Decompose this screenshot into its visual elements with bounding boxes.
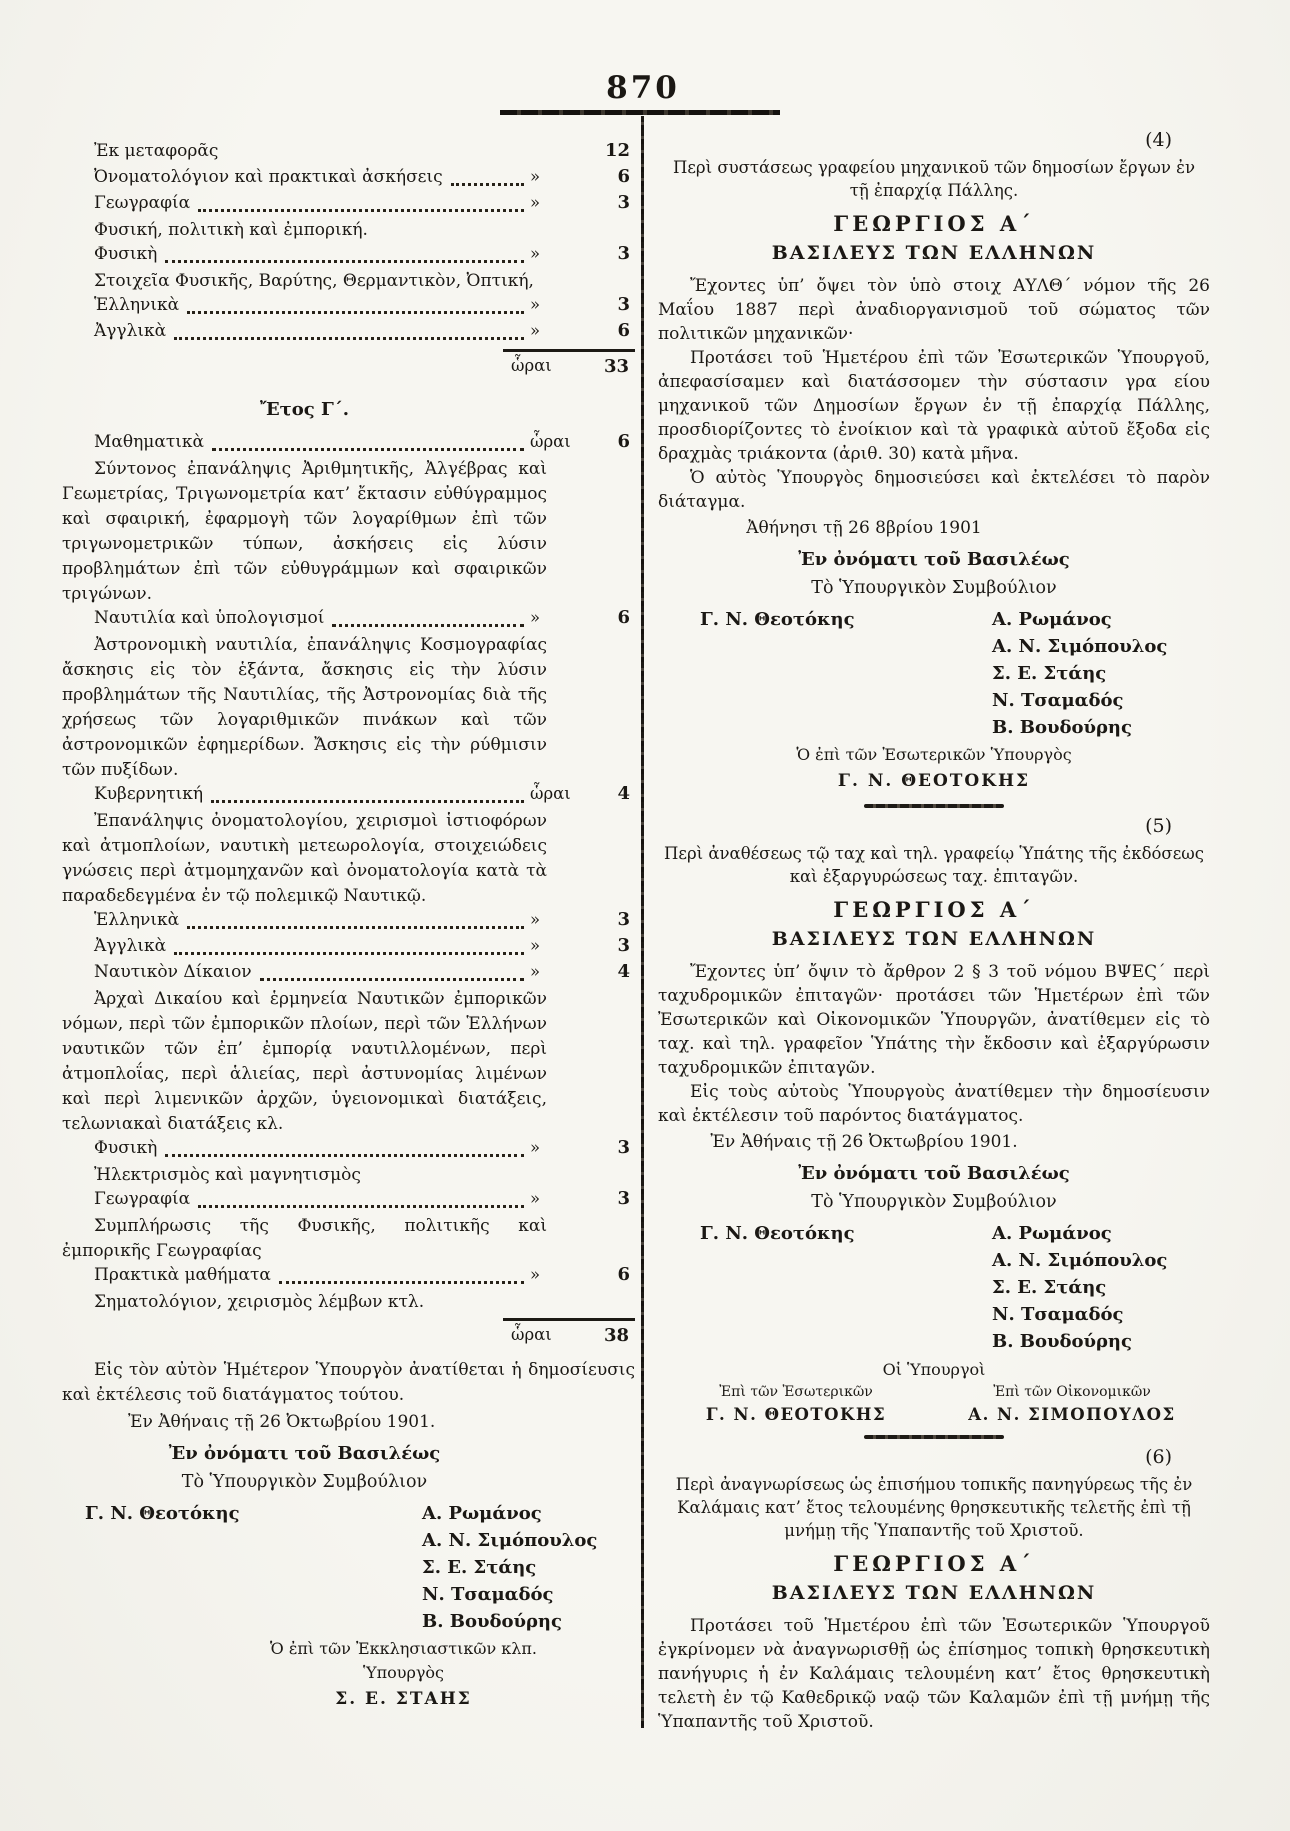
hours-mark: ὧραι [530, 784, 571, 803]
hours-value: 3 [617, 1188, 630, 1209]
course-label: Γεωγραφία [62, 1189, 190, 1209]
minister-name: Γ. Ν. ΘΕΟΤΟΚΗΣ [658, 1402, 934, 1427]
course-label: Ἑλληνικὰ [62, 910, 179, 930]
dot-leader [211, 800, 524, 803]
body-paragraph: Ἠλεκτρισμὸς καὶ μαγνητισμὸς [62, 1163, 547, 1188]
body-paragraph: Ἐπανάληψις ὀνοματολογίου, χειρισμοὶ ἱστι… [62, 809, 547, 909]
hours-value: 6 [617, 166, 630, 187]
minister-column: Ἐπὶ τῶν ἘσωτερικῶνΓ. Ν. ΘΕΟΤΟΚΗΣ [658, 1382, 934, 1427]
signature-minister: Α. Ν. Σιμόπουλος [992, 1247, 1167, 1274]
hours-mark: » [530, 167, 540, 186]
signature-list: Α. ΡωμάνοςΑ. Ν. ΣιμόπουλοςΣ. Ε. ΣτάηςΝ. … [422, 1500, 597, 1635]
royal-heading: ΓΕΩΡΓΙΟΣ Α΄ΒΑΣΙΛΕΥΣ ΤΩΝ ΕΛΛΗΝΩΝ [658, 1548, 1210, 1609]
royal-title: ΒΑΣΙΛΕΥΣ ΤΩΝ ΕΛΛΗΝΩΝ [658, 926, 1210, 955]
signature-minister: Ν. Τσαμαδός [992, 687, 1167, 714]
signature-minister: Α. Ρωμάνος [422, 1500, 597, 1527]
signature-block: Γ. Ν. ΘεοτόκηςΑ. ΡωμάνοςΑ. Ν. Σιμόπουλος… [658, 606, 1210, 741]
body-paragraph: Προτάσει τοῦ Ἡμετέρου ἐπὶ τῶν Ἐσωτερικῶν… [658, 1614, 1210, 1734]
hours-mark: ὧραι [530, 432, 571, 451]
ministers-block: Οἱ ὙπουργοὶἘπὶ τῶν ἘσωτερικῶνΓ. Ν. ΘΕΟΤΟ… [658, 1357, 1210, 1427]
hours-value: 3 [617, 192, 630, 213]
hours-cell: »4 [530, 961, 630, 982]
schedule-row: Φυσικὴ»3 [62, 1137, 635, 1163]
date-line: Ἀθήνησι τῇ 26 8βρίου 1901 [658, 514, 1210, 543]
body-paragraph: Σηματολόγιον, χειρισμὸς λέμβων κτλ. [62, 1290, 547, 1315]
signature-minister: Β. Βουδούρης [992, 714, 1167, 741]
signature-prime-minister: Γ. Ν. Θεοτόκης [700, 606, 992, 633]
course-label: Μαθηματικὰ [62, 432, 204, 452]
royal-heading: ΓΕΩΡΓΙΟΣ Α΄ΒΑΣΙΛΕΥΣ ΤΩΝ ΕΛΛΗΝΩΝ [658, 894, 1210, 955]
hours-value: 6 [617, 1264, 630, 1285]
royal-name: ΓΕΩΡΓΙΟΣ Α΄ [658, 1548, 1210, 1580]
ministers-columns: Ἐπὶ τῶν ἘσωτερικῶνΓ. Ν. ΘΕΟΤΟΚΗΣἘπὶ τῶν … [658, 1382, 1210, 1427]
hours-cell: »6 [530, 1264, 630, 1285]
hours-cell: »3 [530, 294, 630, 315]
body-paragraph: Φυσική, πολιτικὴ καὶ ἐμπορική. [62, 218, 547, 243]
body-paragraph: Συμπλήρωσις τῆς Φυσικῆς, πολιτικῆς καὶ ἐ… [62, 1214, 547, 1264]
minister-role-line: Ὁ ἐπὶ τῶν Ἐσωτερικῶν Ὑπουργὸς [658, 743, 1210, 767]
hours-mark: » [530, 193, 540, 212]
hours-total-label: ὧραι [511, 1325, 552, 1358]
signature-prime-minister: Γ. Ν. Θεοτόκης [700, 1220, 992, 1247]
hours-value: 6 [617, 320, 630, 341]
hours-cell: ὧραι4 [530, 783, 630, 804]
signature-minister: Α. Ν. Σιμόπουλος [422, 1527, 597, 1554]
schedule-row: Γεωγραφία»3 [62, 1188, 635, 1214]
signature-minister: Α. Ρωμάνος [992, 606, 1167, 633]
dot-leader [174, 337, 524, 340]
hours-cell: »3 [530, 935, 630, 956]
royal-name: ΓΕΩΡΓΙΟΣ Α΄ [658, 894, 1210, 926]
dot-leader [451, 183, 524, 186]
hours-value: 12 [605, 140, 630, 161]
schedule-row: Ὀνοματολόγιον καὶ πρακτικαὶ ἀσκήσεις»6 [62, 166, 635, 192]
hours-mark: » [530, 962, 540, 981]
signature-list: Α. ΡωμάνοςΑ. Ν. ΣιμόπουλοςΣ. Ε. ΣτάηςΝ. … [992, 606, 1167, 741]
schedule-row: Μαθηματικὰὧραι6 [62, 431, 635, 457]
signature-minister: Β. Βουδούρης [992, 1328, 1167, 1355]
signature-minister: Ν. Τσαμαδός [992, 1301, 1167, 1328]
hours-value: 6 [617, 431, 630, 452]
council-line: Τὸ Ὑπουργικὸν Συμβούλιον [658, 1189, 1210, 1217]
ministers-header: Οἱ Ὑπουργοὶ [658, 1357, 1210, 1382]
body-paragraph: Προτάσει τοῦ Ἡμετέρου ἐπὶ τῶν Ἐσωτερικῶν… [658, 346, 1210, 466]
hours-total-value: 33 [604, 356, 629, 389]
schedule-row: Ἀγγλικὰ»6 [62, 320, 635, 346]
schedule-row: Ναυτικὸν Δίκαιον»4 [62, 961, 635, 987]
body-paragraph: Ἔχοντες ὑπ’ ὄψει τὸν ὑπὸ στοιχ ΑΥΛΘ΄ νόμ… [658, 274, 1210, 346]
body-paragraph: Ἀρχαὶ Δικαίου καὶ ἑρμηνεία Ναυτικῶν ἐμπο… [62, 987, 547, 1137]
signature-block: Γ. Ν. ΘεοτόκηςΑ. ΡωμάνοςΑ. Ν. Σιμόπουλος… [658, 1220, 1210, 1355]
hours-cell: »3 [530, 1188, 630, 1209]
minister-column: Ἐπὶ τῶν ΟἰκονομικῶνΑ. Ν. ΣΙΜΟΠΟΥΛΟΣ [934, 1382, 1210, 1427]
signature-prime-minister: Γ. Ν. Θεοτόκης [85, 1500, 422, 1527]
course-label: Πρακτικὰ μαθήματα [62, 1265, 271, 1285]
minister-name-line: Σ. Ε. ΣΤΑΗΣ [117, 1685, 690, 1714]
hours-total-row: ὧραι38 [62, 1315, 635, 1358]
hours-total-label: ὧραι [511, 356, 552, 389]
hours-cell: »3 [530, 1137, 630, 1158]
minister-portfolio-label: Ἐπὶ τῶν Ἐσωτερικῶν [658, 1382, 934, 1402]
schedule-row: Κυβερνητικήὧραι4 [62, 783, 635, 809]
minister-role-line: Ὑπουργὸς [117, 1661, 690, 1685]
hours-value: 3 [617, 1137, 630, 1158]
course-label: Ἑλληνικὰ [62, 295, 179, 315]
dot-leader [212, 448, 524, 451]
schedule-row: Ἑλληνικὰ»3 [62, 909, 635, 935]
course-label: Κυβερνητική [62, 784, 203, 804]
hours-value: 6 [617, 607, 630, 628]
decree-subject: Περὶ συστάσεως γραφείου μηχανικοῦ τῶν δη… [662, 156, 1206, 202]
course-label: Ἐκ μεταφορᾶς [62, 141, 218, 161]
signature-list: Α. ΡωμάνοςΑ. Ν. ΣιμόπουλοςΣ. Ε. ΣτάηςΝ. … [992, 1220, 1167, 1355]
council-line: Τὸ Ὑπουργικὸν Συμβούλιον [62, 1469, 547, 1497]
signature-minister: Σ. Ε. Στάης [992, 660, 1167, 687]
decree-number: (5) [658, 814, 1210, 840]
signature-minister: Σ. Ε. Στάης [422, 1554, 597, 1581]
course-label: Φυσικὴ [62, 1138, 157, 1158]
in-name-of-king-line: Ἐν ὀνόματι τοῦ Βασιλέως [658, 1159, 1210, 1189]
signature-minister: Α. Ρωμάνος [992, 1220, 1167, 1247]
schedule-row: Ναυτιλία καὶ ὑπολογισμοί»6 [62, 607, 635, 633]
dot-leader [260, 978, 524, 981]
minister-role-line: Ὁ ἐπὶ τῶν Ἐκκλησιαστικῶν κλπ. [117, 1637, 690, 1661]
royal-heading: ΓΕΩΡΓΙΟΣ Α΄ΒΑΣΙΛΕΥΣ ΤΩΝ ΕΛΛΗΝΩΝ [658, 208, 1210, 269]
dot-leader [198, 209, 524, 212]
council-line: Τὸ Ὑπουργικὸν Συμβούλιον [658, 575, 1210, 603]
hours-mark: » [530, 321, 540, 340]
course-label: Ναυτιλία καὶ ὑπολογισμοί [62, 608, 324, 628]
body-paragraph: Εἰς τοὺς αὐτοὺς Ὑπουργοὺς ἀνατίθεμεν τὴν… [658, 1080, 1210, 1128]
body-paragraph: Στοιχεῖα Φυσικῆς, Βαρύτης, Θερμαντικὸν, … [62, 269, 547, 294]
hours-value: 4 [617, 783, 630, 804]
schedule-row: Ἐκ μεταφορᾶς12 [62, 140, 635, 166]
hours-mark: » [530, 936, 540, 955]
schedule-row: Πρακτικὰ μαθήματα»6 [62, 1264, 635, 1290]
decree-number: (4) [658, 128, 1210, 154]
left-column: Ἐκ μεταφορᾶς12Ὀνοματολόγιον καὶ πρακτικα… [62, 140, 635, 1714]
body-paragraph: Ἀστρονομικὴ ναυτιλία, ἐπανάληψις Κοσμογρ… [62, 633, 547, 783]
schedule-row: Φυσικὴ»3 [62, 243, 635, 269]
page-number: 870 [543, 70, 743, 106]
gazette-page: 870 Ἐκ μεταφορᾶς12Ὀνοματολόγιον καὶ πρακ… [0, 0, 1290, 1831]
course-label: Γεωγραφία [62, 193, 190, 213]
course-label: Φυσικὴ [62, 244, 157, 264]
dot-leader [165, 1154, 524, 1157]
decree-number: (6) [658, 1445, 1210, 1471]
signature-minister: Σ. Ε. Στάης [992, 1274, 1167, 1301]
signature-minister: Α. Ν. Σιμόπουλος [992, 633, 1167, 660]
section-divider [864, 1435, 1004, 1439]
hours-mark: » [530, 910, 540, 929]
decree-subject: Περὶ ἀναγνωρίσεως ὡς ἐπισήμου τοπικῆς πα… [662, 1473, 1206, 1542]
signature-block: Γ. Ν. ΘεοτόκηςΑ. ΡωμάνοςΑ. Ν. Σιμόπουλος… [62, 1500, 635, 1635]
hours-cell: »3 [530, 243, 630, 264]
hours-mark: » [530, 1265, 540, 1284]
hours-value: 3 [617, 294, 630, 315]
hours-cell: »6 [530, 166, 630, 187]
signature-minister: Β. Βουδούρης [422, 1608, 597, 1635]
body-paragraph: Ἔχοντες ὑπ’ ὄψιν τὸ ἄρθρον 2 § 3 τοῦ νόμ… [658, 960, 1210, 1080]
dot-leader [332, 624, 524, 627]
royal-title: ΒΑΣΙΛΕΥΣ ΤΩΝ ΕΛΛΗΝΩΝ [658, 240, 1210, 269]
dot-leader [165, 260, 524, 263]
hours-value: 3 [617, 909, 630, 930]
minister-name-line: Γ. Ν. ΘΕΟΤΟΚΗΣ [658, 767, 1210, 796]
hours-mark: » [530, 1189, 540, 1208]
schedule-row: Γεωγραφία»3 [62, 192, 635, 218]
hours-total: ὧραι33 [503, 349, 635, 389]
right-column: (4)Περὶ συστάσεως γραφείου μηχανικοῦ τῶν… [658, 128, 1210, 1734]
hours-cell: »6 [530, 607, 630, 628]
hours-cell: ὧραι6 [530, 431, 630, 452]
hours-total: ὧραι38 [503, 1318, 635, 1358]
hours-cell: »6 [530, 320, 630, 341]
dot-leader [187, 311, 524, 314]
column-divider [641, 116, 644, 1728]
hours-value: 4 [617, 961, 630, 982]
hours-cell: »3 [530, 192, 630, 213]
in-name-of-king-line: Ἐν ὀνόματι τοῦ Βασιλέως [658, 545, 1210, 575]
hours-cell: »3 [530, 909, 630, 930]
year-heading: Ἔτος Γ΄. [62, 389, 547, 431]
body-paragraph: Σύντονος ἐπανάληψις Ἀριθμητικῆς, Ἀλγέβρα… [62, 457, 547, 607]
hours-mark: » [530, 244, 540, 263]
hours-total-value: 38 [604, 1325, 629, 1358]
hours-value: 3 [617, 935, 630, 956]
minister-portfolio-label: Ἐπὶ τῶν Οἰκονομικῶν [934, 1382, 1210, 1402]
dot-leader [198, 1205, 524, 1208]
hours-value: 3 [617, 243, 630, 264]
date-line: Ἐν Ἀθήναις τῇ 26 Ὀκτωβρίου 1901. [62, 1408, 547, 1437]
body-paragraph: Εἰς τὸν αὐτὸν Ἡμέτερον Ὑπουργὸν ἀνατίθετ… [62, 1358, 635, 1408]
royal-title: ΒΑΣΙΛΕΥΣ ΤΩΝ ΕΛΛΗΝΩΝ [658, 1580, 1210, 1609]
signature-minister: Ν. Τσαμαδός [422, 1581, 597, 1608]
in-name-of-king-line: Ἐν ὀνόματι τοῦ Βασιλέως [62, 1439, 547, 1469]
dot-leader [174, 952, 524, 955]
section-divider [864, 804, 1004, 808]
dot-leader [187, 926, 524, 929]
header-rule [500, 110, 780, 115]
course-label: Ἀγγλικὰ [62, 321, 166, 341]
royal-name: ΓΕΩΡΓΙΟΣ Α΄ [658, 208, 1210, 240]
hours-mark: » [530, 608, 540, 627]
dot-leader [279, 1281, 524, 1284]
course-label: Ὀνοματολόγιον καὶ πρακτικαὶ ἀσκήσεις [62, 167, 443, 187]
hours-mark: » [530, 1138, 540, 1157]
date-line: Ἐν Ἀθήναις τῇ 26 Ὀκτωβρίου 1901. [658, 1128, 1210, 1157]
hours-cell: 12 [530, 140, 630, 161]
hours-total-row: ὧραι33 [62, 346, 635, 389]
schedule-row: Ἑλληνικὰ»3 [62, 294, 635, 320]
schedule-row: Ἀγγλικὰ»3 [62, 935, 635, 961]
course-label: Ἀγγλικὰ [62, 936, 166, 956]
course-label: Ναυτικὸν Δίκαιον [62, 962, 252, 982]
body-paragraph: Ὁ αὐτὸς Ὑπουργὸς δημοσιεύσει καὶ ἐκτελέσ… [658, 466, 1210, 514]
minister-name: Α. Ν. ΣΙΜΟΠΟΥΛΟΣ [934, 1402, 1210, 1427]
hours-mark: » [530, 295, 540, 314]
decree-subject: Περὶ ἀναθέσεως τῷ ταχ καὶ τηλ. γραφείῳ Ὑ… [662, 842, 1206, 888]
